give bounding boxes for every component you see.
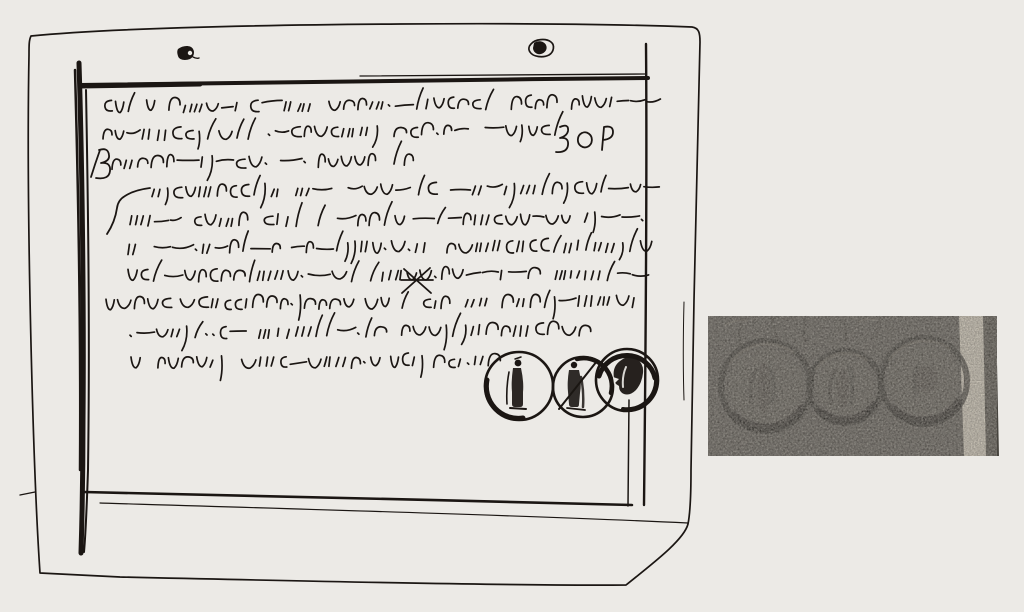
figure-head: [571, 362, 577, 368]
scanned-plate: [0, 0, 1024, 612]
photo-grain-dark: [708, 316, 997, 456]
figure-body: [568, 370, 581, 407]
figure-plate: [0, 0, 1024, 612]
paper-background: [0, 0, 1024, 612]
figure-body: [512, 368, 524, 407]
seal-photo: [708, 316, 999, 456]
figure-head: [515, 360, 522, 367]
